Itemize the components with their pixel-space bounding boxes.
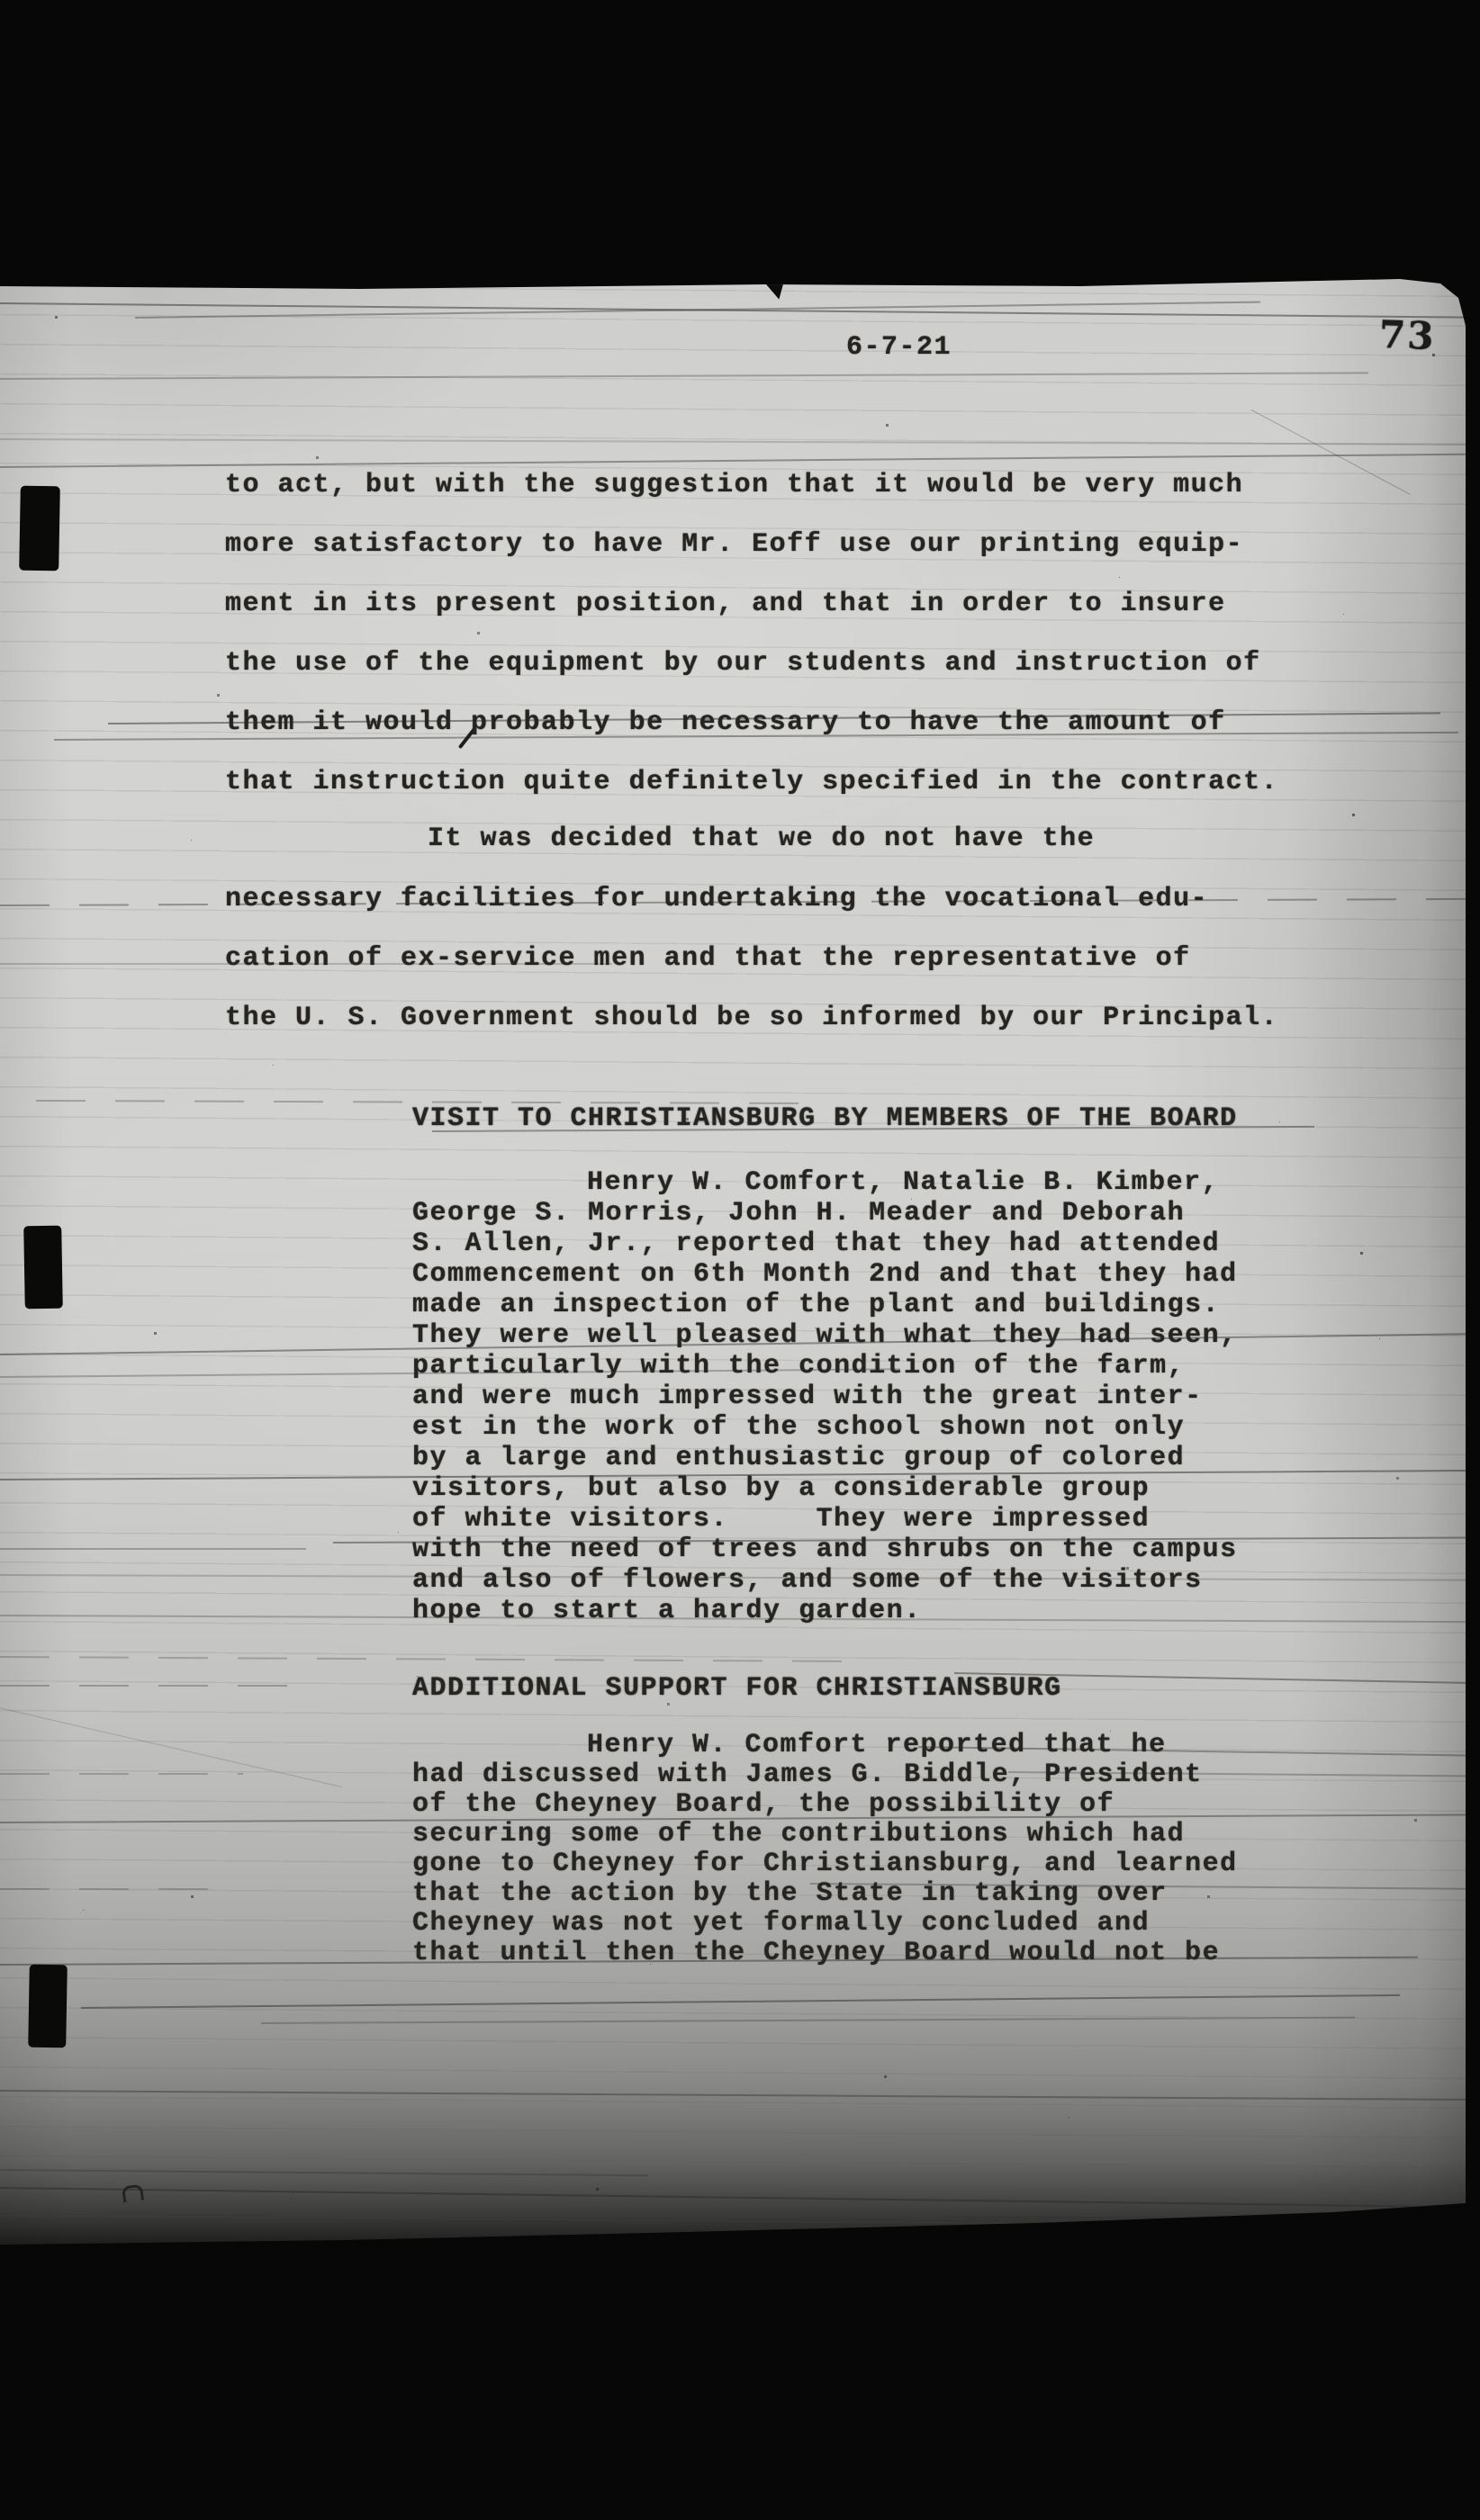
rule-segment [945, 2216, 1377, 2220]
typed-line: S. Allen, Jr., reported that they had at… [412, 1230, 1220, 1257]
typed-line-struck: them it would probably be necessary to h… [225, 709, 1226, 736]
rule-segment [0, 1548, 306, 1550]
paper-sheet: 6-7-21 to act, but with the suggestion t… [0, 0, 1466, 2246]
typed-line: to act, but with the suggestion that it … [225, 472, 1243, 499]
typed-line: that until then the Cheyney Board would … [412, 1939, 1220, 1966]
rule-segment [0, 2090, 1480, 2101]
typed-line: of the Cheyney Board, the possibility of [412, 1791, 1115, 1818]
binder-mark [23, 1226, 63, 1309]
typed-line: and also of flowers, and some of the vis… [412, 1567, 1203, 1594]
typed-line: of white visitors. They were impressed [412, 1506, 1150, 1533]
typed-line: George S. Morris, John H. Meader and Deb… [412, 1200, 1185, 1227]
binder-mark [19, 486, 60, 571]
section-heading: VISIT TO CHRISTIANSBURG BY MEMBERS OF TH… [412, 1105, 1238, 1132]
scanned-minutes-page: 6-7-21 to act, but with the suggestion t… [0, 0, 1480, 2520]
typed-line: more satisfactory to have Mr. Eoff use o… [225, 531, 1243, 558]
paper-speckles [0, 0, 1, 1]
ink-checkmark [764, 274, 794, 301]
typed-line: Henry W. Comfort reported that he [587, 1732, 1167, 1759]
scratch-line [0, 1705, 342, 1787]
typed-line: cation of ex-service men and that the re… [225, 945, 1191, 972]
typed-line: It was decided that we do not have the [428, 825, 1095, 852]
rule-segment [0, 1888, 225, 1890]
scratch-line [1251, 409, 1411, 495]
rule-segment [0, 1685, 306, 1687]
typed-line: Commencement on 6th Month 2nd and that t… [412, 1261, 1238, 1288]
typed-line: made an inspection of the plant and buil… [412, 1291, 1220, 1318]
typed-line: had discussed with James G. Biddle, Pres… [412, 1761, 1203, 1788]
typed-line: the use of the equipment by our students… [225, 650, 1261, 677]
typed-line: They were well pleased with what they ha… [412, 1322, 1238, 1349]
typed-line: by a large and enthusiastic group of col… [412, 1444, 1185, 1471]
rule-segment [0, 454, 1480, 468]
rule-segment [0, 438, 1480, 445]
typed-line: Cheyney was not yet formally concluded a… [412, 1910, 1150, 1937]
pen-hook-mark [122, 2183, 144, 2202]
typed-line: est in the work of the school shown not … [412, 1414, 1185, 1441]
rule-segment [0, 302, 1480, 319]
typed-line: with the need of trees and shrubs on the… [412, 1536, 1238, 1563]
page-number: 73 [1378, 312, 1436, 358]
typed-line: the U. S. Government should be so inform… [225, 1004, 1278, 1031]
typed-line: particularly with the condition of the f… [412, 1353, 1185, 1380]
typed-line: securing some of the contributions which… [412, 1821, 1185, 1848]
typed-line: hope to start a hardy garden. [412, 1597, 922, 1624]
rule-segment [0, 2169, 648, 2176]
date-stamp: 6-7-21 [846, 334, 952, 361]
rule-segment [0, 2187, 1480, 2209]
typed-line: ment in its present position, and that i… [225, 590, 1226, 617]
typed-line: visitors, but also by a considerable gro… [412, 1475, 1150, 1502]
rule-segment [261, 2017, 1355, 2024]
typed-line: and were much impressed with the great i… [412, 1383, 1203, 1410]
typed-line: gone to Cheyney for Christiansburg, and … [412, 1850, 1238, 1877]
typed-line: necessary facilities for undertaking the… [225, 886, 1208, 913]
rule-segment [81, 1994, 1400, 2009]
typed-line: Henry W. Comfort, Natalie B. Kimber, [587, 1169, 1219, 1196]
binder-mark [28, 1965, 68, 2048]
typed-line: that instruction quite definitely specif… [225, 769, 1278, 796]
rule-segment [0, 372, 1368, 380]
typed-line: that the action by the State in taking o… [412, 1880, 1168, 1907]
rule-segment [0, 1773, 243, 1775]
section-heading: ADDITIONAL SUPPORT FOR CHRISTIANSBURG [412, 1675, 1062, 1702]
rule-segment [135, 301, 1260, 319]
rule-segment [0, 1656, 855, 1662]
